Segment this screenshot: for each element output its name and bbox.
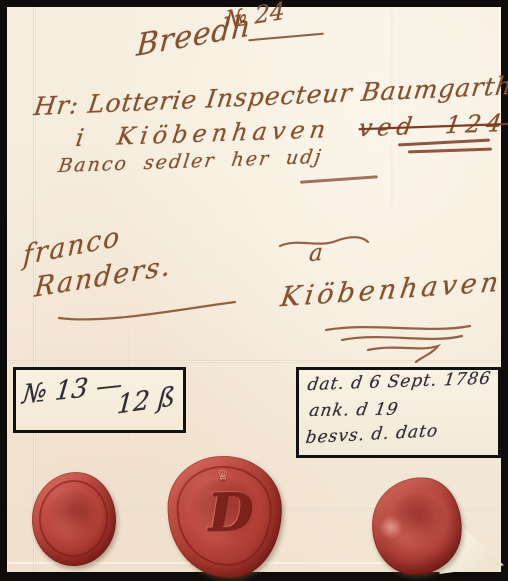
randers-underline-flourish <box>55 296 240 324</box>
address-struck-rate: ved 124 r <box>357 107 508 142</box>
destination-zigzag-flourish <box>320 322 475 364</box>
rate-notation-inset-box: № 13 — 12 ß <box>13 367 186 433</box>
rate-number-notation: № 13 — <box>21 370 124 411</box>
answered-notation: besvs. d. dato <box>305 421 440 448</box>
destination-prefix: a <box>308 240 323 268</box>
a-squiggle-flourish <box>278 234 370 250</box>
letter-photo-frame: № 24 Breedh Hr: Lotterie Inspecteur Baum… <box>0 0 508 581</box>
seal-monogram-D: D <box>207 481 254 544</box>
rate-fee-notation: 12 ß <box>116 382 176 421</box>
dated-notation: dat. d 6 Sept. 1786 <box>306 369 492 396</box>
arrived-notation: ank. d 19 <box>308 399 400 421</box>
dating-notation-inset-box: dat. d 6 Sept. 1786 ank. d 19 besvs. d. … <box>296 367 501 458</box>
